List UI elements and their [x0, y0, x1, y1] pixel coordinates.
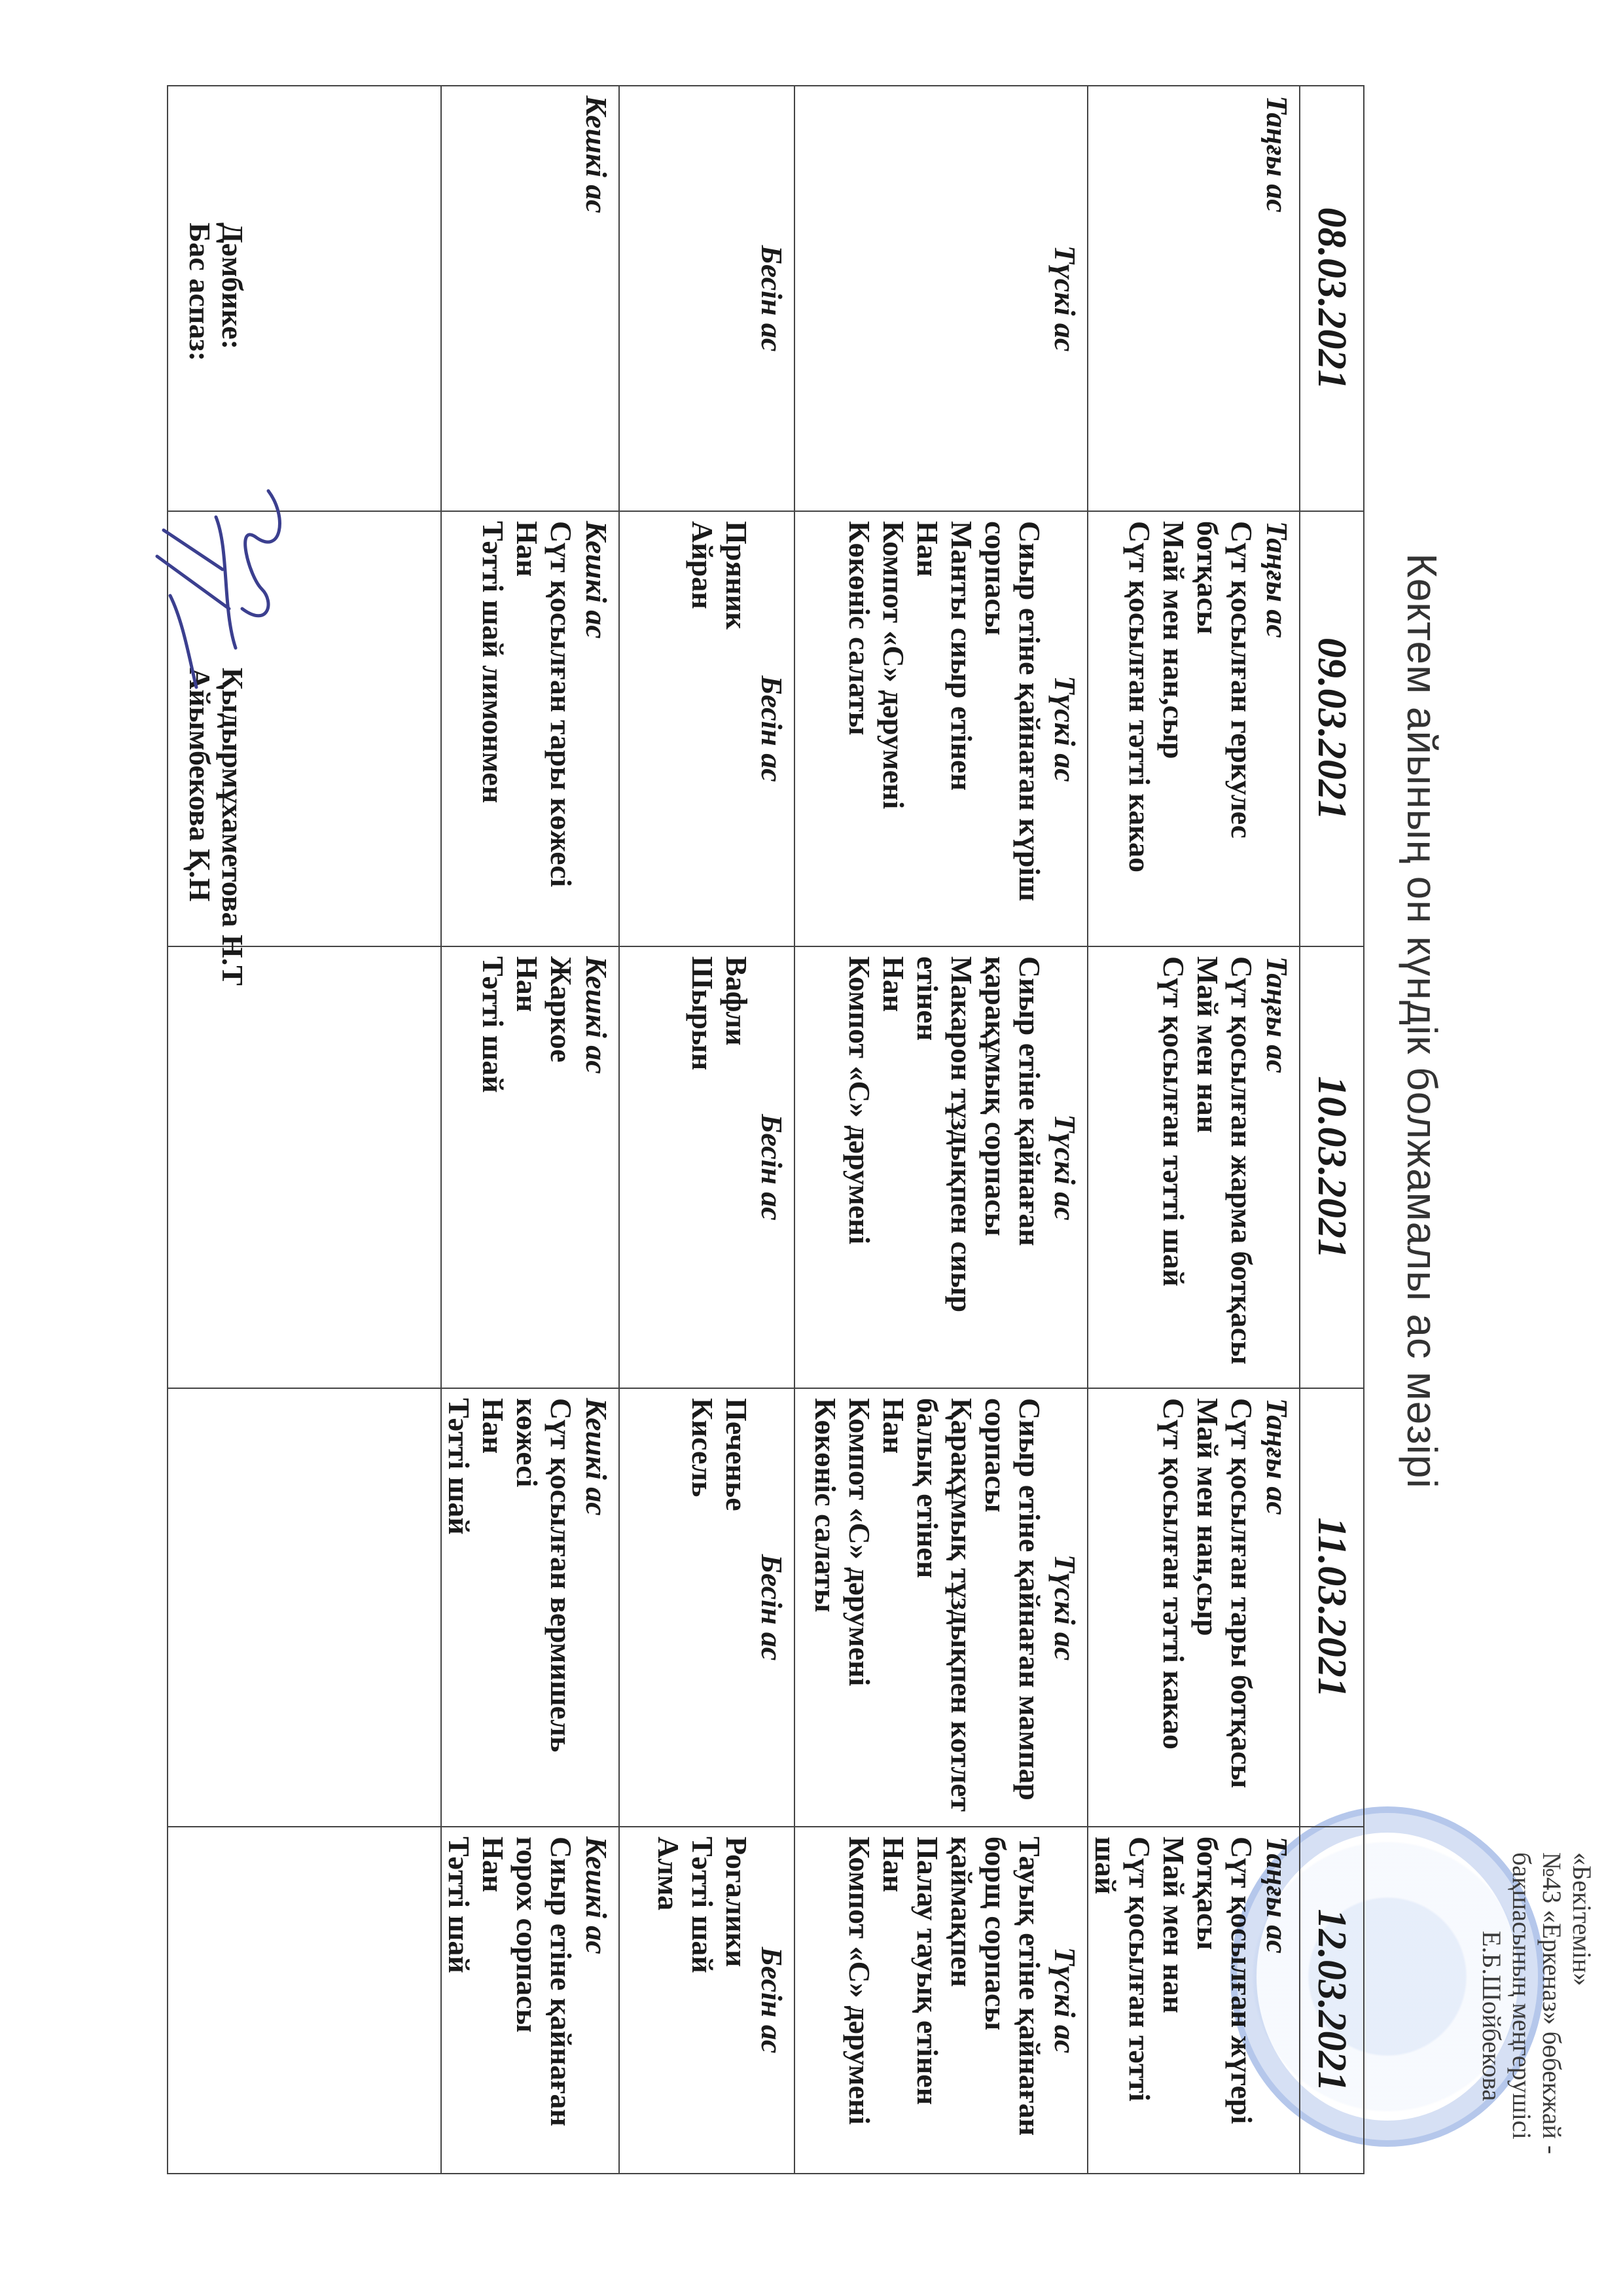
menu-item: Сүт қосылған жүгері ботқасы [1190, 1837, 1258, 2164]
snack-cell: Бесін асПеченьеКисель [619, 1388, 794, 1827]
menu-item: Сүт қосылған жарма ботқасы [1224, 956, 1258, 1378]
meal-label: Түскі ас [1046, 96, 1083, 501]
cook-name: Айымбекова Қ.Н [183, 668, 216, 902]
date-header: 12.03.2021 [1300, 1827, 1364, 2174]
menu-item: Печенье [719, 1398, 753, 1817]
menu-item: Тәтті шай [685, 1837, 719, 2164]
menu-item: Компот «С» дәрумені [842, 1398, 876, 1817]
breakfast-cell: Таңғы асСүт қосылған тары ботқасыМай мен… [1088, 1388, 1300, 1827]
menu-item: Шырын [685, 956, 719, 1378]
lunch-cell: Түскі асСиыр етіне қайнаған күріш сорпас… [794, 511, 1088, 946]
menu-item: Нан [876, 1837, 910, 2164]
nurse-name: Қыдырмұхаметова Н.Т [216, 668, 249, 986]
meal-label: Таңғы ас [1258, 1837, 1295, 2164]
dinner-cell: Кешкі асСүт қосылған вермишель көжесіНан… [441, 1388, 619, 1827]
meal-label: Түскі ас [1046, 1398, 1083, 1817]
dinner-cell: Кешкі асЖаркоеНанТәтті шай [441, 946, 619, 1388]
menu-item: Тәтті шай [442, 1398, 476, 1817]
meal-label: Кешкі ас [578, 521, 615, 937]
menu-item: Манты сиыр етінен [944, 521, 978, 937]
menu-item: Сүт қосылған тәтті какао [1156, 1398, 1190, 1817]
meal-items: РогаликиТәтті шайАлма [651, 1837, 753, 2164]
menu-item: Нан [510, 521, 544, 937]
meal-label: Түскі ас [1046, 521, 1083, 937]
menu-item: Май мен нан,сыр [1156, 521, 1190, 937]
lunch-cell: Түскі асСиыр етіне қайнаған қарақұмық со… [794, 946, 1088, 1388]
menu-item: Нан [876, 1398, 910, 1817]
menu-item: Нан [476, 1398, 510, 1817]
menu-item: Нан [510, 956, 544, 1378]
menu-item: Сиыр етіне қайнаған горох сорпасы [510, 1837, 578, 2164]
handwritten-signature [151, 478, 294, 694]
menu-item: Сүт қосылған вермишель көжесі [510, 1398, 578, 1817]
meal-label: Бесін ас [753, 1837, 790, 2164]
meal-items: ВафлиШырын [685, 956, 753, 1378]
meal-items: ЖаркоеНанТәтті шай [476, 956, 578, 1378]
snack-cell: Бесін ас [619, 86, 794, 511]
menu-item: Жаркое [544, 956, 578, 1378]
menu-item: Тауық етіне қайнаған борщ сорпасы қаймақ… [944, 1837, 1046, 2164]
menu-item: Қарақұмық тұздықпен котлет балық етінен [910, 1398, 978, 1817]
menu-table: 08.03.2021 09.03.2021 10.03.2021 11.03.2… [167, 85, 1364, 2174]
dinner-row: Кешкі асКешкі асСүт қосылған тары көжесі… [441, 86, 619, 2174]
menu-item: Май мен нан,сыр [1190, 1398, 1224, 1817]
menu-item: Тәтті шай [442, 1837, 476, 2164]
meal-label: Таңғы ас [1258, 956, 1295, 1378]
menu-item: Сүт қосылған тары көжесі [544, 521, 578, 937]
menu-item: Май мен нан [1156, 1837, 1190, 2164]
menu-item: Тәтті шай лимонмен [476, 521, 510, 937]
lunch-cell: Түскі асСиыр етіне қайнаған мампар сорпа… [794, 1388, 1088, 1827]
menu-item: Рогалики [719, 1837, 753, 2164]
meal-items: Сиыр етіне қайнаған күріш сорпасыМанты с… [842, 521, 1046, 937]
dinner-cell: Кешкі ас [441, 86, 619, 511]
meal-items: Сүт қосылған тары ботқасыМай мен нан,сыр… [1156, 1398, 1258, 1817]
menu-item: Алма [651, 1837, 685, 2164]
meal-label: Таңғы ас [1258, 96, 1295, 501]
meal-items: ПеченьеКисель [685, 1398, 753, 1817]
lunch-row: Түскі асТүскі асСиыр етіне қайнаған күрі… [794, 86, 1088, 2174]
menu-item: Палау тауық етінен [910, 1837, 944, 2164]
menu-item: Тәтті шай [476, 956, 510, 1378]
meal-items: Сүт қосылған жарма ботқасыМай мен нанСүт… [1156, 956, 1258, 1378]
menu-item: Нан [910, 521, 944, 937]
menu-item: Сүт қосылған тәтті шай [1156, 956, 1190, 1378]
menu-item: Сиыр етіне қайнаған мампар сорпасы [978, 1398, 1046, 1817]
menu-item: Компот «С» дәрумені [842, 1837, 876, 2164]
document-title: Көктем айының он күндік болжамалы ас мәз… [1398, 367, 1446, 1676]
meal-items: Сүт қосылған геркулес ботқасыМай мен нан… [1122, 521, 1258, 937]
blank-cell [168, 1388, 441, 1827]
menu-item: Нан [476, 1837, 510, 2164]
menu-item: Сиыр етіне қайнаған күріш сорпасы [978, 521, 1046, 937]
approval-line: «Бекітемін» [1567, 1852, 1597, 2193]
meal-label: Түскі ас [1046, 1837, 1083, 2164]
meal-items: Сүт қосылған жүгері ботқасыМай мен нанСү… [1088, 1837, 1258, 2164]
meal-label: Бесін ас [753, 956, 790, 1378]
lunch-cell: Түскі ас [794, 86, 1088, 511]
blank-cell [168, 1827, 441, 2174]
approval-line: №43 «Еркеназ» бөбекжай - [1537, 1852, 1567, 2193]
menu-item: Май мен нан [1190, 956, 1224, 1378]
meal-label: Түскі ас [1046, 956, 1083, 1378]
date-header: 11.03.2021 [1300, 1388, 1364, 1827]
meal-items: Сиыр етіне қайнаған мампар сорпасыҚарақұ… [808, 1398, 1046, 1817]
menu-item: Сүт қосылған тары ботқасы [1224, 1398, 1258, 1817]
date-header: 08.03.2021 [1300, 86, 1364, 511]
meal-label: Кешкі ас [578, 1837, 615, 2164]
menu-item: Сүт қосылған тәтті шай [1088, 1837, 1156, 2164]
blank-cell [168, 946, 441, 1388]
date-header: 09.03.2021 [1300, 511, 1364, 946]
meal-label: Кешкі ас [578, 1398, 615, 1817]
approval-line: Е.Б.Шойбекова [1476, 1852, 1507, 2193]
menu-item: Сүт қосылған геркулес ботқасы [1190, 521, 1258, 937]
approval-line: бақшасының меңгерушісі [1507, 1852, 1537, 2193]
meal-items: Сүт қосылған тары көжесіНанТәтті шай лим… [476, 521, 578, 937]
breakfast-cell: Таңғы асСүт қосылған жүгері ботқасыМай м… [1088, 1827, 1300, 2174]
date-header-row: 08.03.2021 09.03.2021 10.03.2021 11.03.2… [1300, 86, 1364, 2174]
breakfast-cell: Таңғы асСүт қосылған жарма ботқасыМай ме… [1088, 946, 1300, 1388]
dinner-cell: Кешкі асСүт қосылған тары көжесіНанТәтті… [441, 511, 619, 946]
meal-label: Бесін ас [753, 96, 790, 501]
menu-item: Компот «С» дәрумені [842, 956, 876, 1378]
meal-items: Сиыр етіне қайнаған горох сорпасыНанТәтт… [442, 1837, 578, 2164]
menu-item: Көкөніс салаты [842, 521, 876, 937]
meal-label: Бесін ас [753, 521, 790, 937]
approval-block: «Бекітемін» №43 «Еркеназ» бөбекжай - бақ… [1476, 1852, 1597, 2193]
menu-item: Вафли [719, 956, 753, 1378]
menu-item: Сиыр етіне қайнаған қарақұмық сорпасы [978, 956, 1046, 1378]
menu-item: Кисель [685, 1398, 719, 1817]
menu-item: Нан [876, 956, 910, 1378]
menu-item: Сүт қосылған тәтті какао [1122, 521, 1156, 937]
document-sheet: «Бекітемін» №43 «Еркеназ» бөбекжай - бақ… [0, 0, 1623, 2296]
dinner-cell: Кешкі асСиыр етіне қайнаған горох сорпас… [441, 1827, 619, 2174]
menu-item: Айран [685, 521, 719, 937]
meal-items: Тауық етіне қайнаған борщ сорпасы қаймақ… [842, 1837, 1046, 2164]
snack-row: Бесін асБесін асПряникАйранБесін асВафли… [619, 86, 794, 2174]
breakfast-row: Таңғы асТаңғы асСүт қосылған геркулес бо… [1088, 86, 1300, 2174]
meal-label: Кешкі ас [578, 956, 615, 1378]
breakfast-cell: Таңғы асСүт қосылған геркулес ботқасыМай… [1088, 511, 1300, 946]
menu-item: Пряник [719, 521, 753, 937]
menu-item: Макарон тұздықпен сиыр етінен [910, 956, 978, 1378]
snack-cell: Бесін асПряникАйран [619, 511, 794, 946]
meal-items: ПряникАйран [685, 521, 753, 937]
meal-label: Таңғы ас [1258, 1398, 1295, 1817]
breakfast-cell: Таңғы ас [1088, 86, 1300, 511]
meal-label: Таңғы ас [1258, 521, 1295, 937]
snack-cell: Бесін асВафлиШырын [619, 946, 794, 1388]
date-header: 10.03.2021 [1300, 946, 1364, 1388]
snack-cell: Бесін асРогаликиТәтті шайАлма [619, 1827, 794, 2174]
meal-items: Сиыр етіне қайнаған қарақұмық сорпасыМак… [842, 956, 1046, 1378]
menu-item: Компот «С» дәрумені [876, 521, 910, 937]
meal-items: Сүт қосылған вермишель көжесіНанТәтті ша… [442, 1398, 578, 1817]
lunch-cell: Түскі асТауық етіне қайнаған борщ сорпас… [794, 1827, 1088, 2174]
meal-label: Кешкі ас [578, 96, 615, 501]
menu-item: Көкөніс салаты [808, 1398, 842, 1817]
meal-label: Бесін ас [753, 1398, 790, 1817]
